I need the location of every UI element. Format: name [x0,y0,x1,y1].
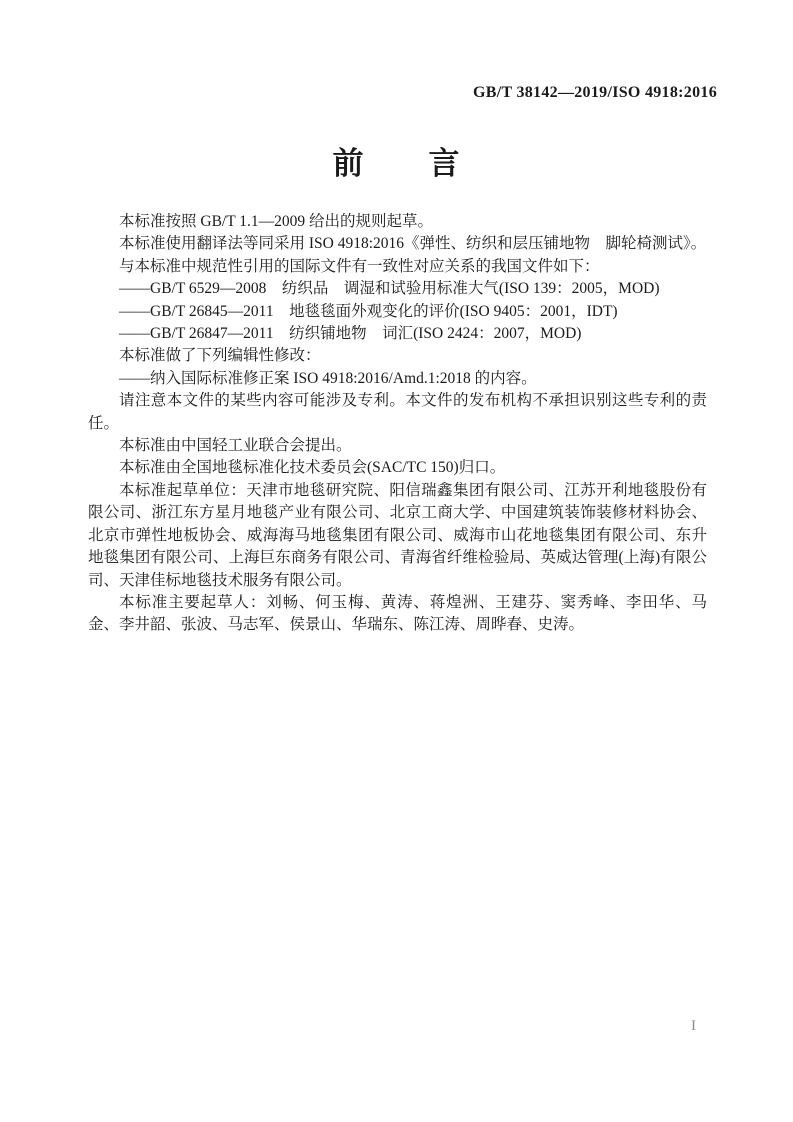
page-number: I [691,1018,696,1035]
paragraph-editorial-intro: 本标准做了下列编辑性修改： [88,345,707,367]
foreword-body: 本标准按照 GB/T 1.1—2009 给出的规则起草。 本标准使用翻译法等同采… [88,211,707,637]
document-page: GB/T 38142—2019/ISO 4918:2016 前 言 本标准按照 … [0,0,793,1122]
standard-number-header: GB/T 38142—2019/ISO 4918:2016 [473,84,717,102]
reference-item: ——GB/T 6529—2008 纺织品 调湿和试验用标准大气(ISO 139：… [88,278,707,300]
page-title: 前 言 [0,138,793,183]
paragraph-committee: 本标准由全国地毯标准化技术委员会(SAC/TC 150)归口。 [88,457,707,479]
paragraph-proposer: 本标准由中国轻工业联合会提出。 [88,435,707,457]
editorial-change-item: ——纳入国际标准修正案 ISO 4918:2016/Amd.1:2018 的内容… [88,368,707,390]
reference-item: ——GB/T 26847—2011 纺织铺地物 词汇(ISO 2424：2007… [88,323,707,345]
paragraph-translation-method: 本标准使用翻译法等同采用 ISO 4918:2016《弹性、纺织和层压铺地物 脚… [88,233,707,255]
reference-item: ——GB/T 26845—2011 地毯毯面外观变化的评价(ISO 9405：2… [88,301,707,323]
paragraph-patent-notice: 请注意本文件的某些内容可能涉及专利。本文件的发布机构不承担识别这些专利的责任。 [88,390,707,435]
paragraph-drafters: 本标准主要起草人：刘畅、何玉梅、黄涛、蒋煌洲、王建芬、窦秀峰、李田华、马金、李井… [88,592,707,637]
paragraph-reference-intro: 与本标准中规范性引用的国际文件有一致性对应关系的我国文件如下： [88,256,707,278]
paragraph-drafting-rule: 本标准按照 GB/T 1.1—2009 给出的规则起草。 [88,211,707,233]
paragraph-drafting-units: 本标准起草单位：天津市地毯研究院、阳信瑞鑫集团有限公司、江苏开利地毯股份有限公司… [88,480,707,592]
